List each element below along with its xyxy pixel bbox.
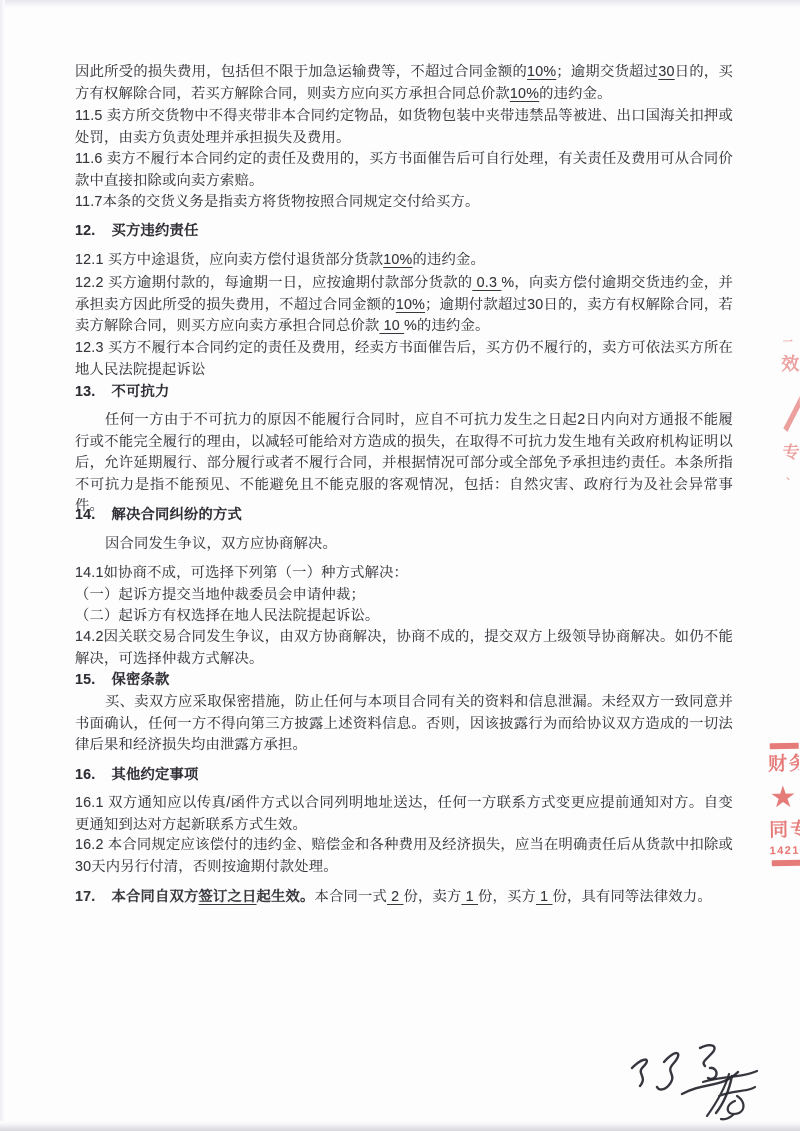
seal-stroke bbox=[781, 384, 800, 432]
scan-edge-bottom bbox=[0, 1121, 800, 1131]
text-segment: 12.3 买方不履行本合同约定的责任及费用，经卖方书面催告后，买方仍不履行的，卖… bbox=[75, 340, 733, 378]
text-segment: 12.2 买方逾期付款的，每逾期一日，应按逾期付款部分货款的 bbox=[75, 275, 472, 291]
text-segment: 因此所受的损失费用，包括但不限于加急运输费等，不超过合同金额的 bbox=[75, 64, 527, 80]
seal-character: 效 bbox=[781, 350, 799, 376]
paragraph-p116: 11.6 卖方不履行本合同约定的责任及费用的，买方书面催告后可自行处理，有关责任… bbox=[75, 149, 733, 192]
text-segment: 11.6 卖方不履行本合同约定的责任及费用的，买方书面催告后可自行处理，有关责任… bbox=[75, 151, 733, 189]
text-segment: 2 bbox=[387, 889, 404, 905]
text-segment: 买方违约责任 bbox=[111, 223, 198, 239]
text-segment: 份，卖方 bbox=[403, 889, 461, 905]
paragraph-p161: 16.1 双方通知应以传真/函件方式以合同列明地址送达，任何一方联系方式变更应提… bbox=[75, 793, 733, 836]
text-segment: 11.5 卖方所交货物中不得夹带非本合同约定物品，如货物包装中夹带违禁品等被进、… bbox=[75, 108, 733, 146]
seal-number: 1421 bbox=[769, 843, 800, 858]
paragraph-h15: 15.保密条款 bbox=[75, 670, 733, 692]
star-icon: ★ bbox=[769, 777, 800, 818]
scanned-contract-page: 因此所受的损失费用，包括但不限于加急运输费等，不超过合同金额的10%；逾期交货超… bbox=[0, 0, 800, 1131]
text-segment: ；逾期交货超过 bbox=[556, 64, 658, 80]
text-segment: 14.2因关联交易合同发生争议，由双方协商解决，协商不成的，提交双方上级领导协商… bbox=[75, 629, 733, 667]
text-segment: 12.1 买方中途退货，应向卖方偿付退货部分货款 bbox=[75, 252, 383, 268]
paragraph-p123: 12.3 买方不履行本合同约定的责任及费用，经卖方书面催告后，买方仍不履行的，卖… bbox=[75, 338, 733, 381]
seal-row-top: 财务 bbox=[768, 751, 800, 778]
text-segment: 10 bbox=[379, 318, 404, 334]
paragraph-h14: 14.解决合同纠纷的方式 bbox=[75, 505, 733, 527]
text-segment: 解决合同纠纷的方式 bbox=[111, 507, 241, 523]
text-segment: 不可抗力 bbox=[111, 384, 169, 400]
text-segment: 13. bbox=[75, 384, 95, 400]
seal-border bbox=[770, 742, 800, 749]
text-segment: 本合同自双方 bbox=[111, 889, 198, 905]
text-segment: 15. bbox=[75, 672, 95, 688]
text-segment: 起生效。 bbox=[256, 889, 314, 905]
text-segment: 14. bbox=[75, 507, 95, 523]
text-segment: 的违约金。 bbox=[412, 252, 484, 268]
seal-mark: 、 bbox=[786, 467, 800, 482]
seal-character: 专 bbox=[783, 438, 800, 463]
text-segment: 12. bbox=[75, 223, 95, 239]
text-segment: 本合同一式 bbox=[314, 889, 386, 905]
text-segment: （一）起诉方提交当地仲裁委员会申请仲裁； bbox=[75, 587, 365, 603]
red-seal-fragment-upper: 一 效 专 、 bbox=[780, 333, 800, 483]
seal-row-bottom: 同专 bbox=[769, 817, 800, 844]
seal-mark: 一 bbox=[783, 333, 799, 348]
paragraph-p17: 17.本合同自双方签订之日起生效。本合同一式 2 份，卖方 1 份，买方 1 份… bbox=[75, 887, 733, 909]
paragraph-p15: 买、卖双方应采取保密措施，防止任何与本项目合同有关的资料和信息泄漏。未经双方一致… bbox=[75, 692, 733, 757]
text-segment: 签订之日 bbox=[198, 889, 256, 905]
text-segment: 0.3 bbox=[472, 275, 501, 291]
text-segment: 10% bbox=[396, 297, 425, 313]
text-segment: 因合同发生争议，双方应协商解决。 bbox=[105, 536, 337, 552]
seal-border bbox=[772, 859, 800, 866]
text-segment: %的违约金。 bbox=[404, 318, 489, 334]
paragraph-p121: 12.1 买方中途退货，应向卖方偿付退货部分货款10%的违约金。 bbox=[75, 250, 733, 272]
text-segment: 14.1如协商不成，可选择下列第（一）种方式解决： bbox=[75, 565, 408, 581]
scan-edge-left bbox=[0, 0, 5, 1131]
text-segment: 16.1 双方通知应以传真/函件方式以合同列明地址送达，任何一方联系方式变更应提… bbox=[75, 795, 733, 833]
text-segment: 10% bbox=[527, 64, 556, 80]
paragraph-p14c: （二）起诉方有权选择在地人民法院提起诉讼。 bbox=[75, 606, 733, 628]
text-segment: 11.7本条的交货义务是指卖方将货物按照合同规定交付给买方。 bbox=[75, 194, 479, 210]
paragraph-p14b: （一）起诉方提交当地仲裁委员会申请仲裁； bbox=[75, 585, 733, 607]
seal-content: 财务 ★ 同专 1421 bbox=[768, 742, 800, 866]
paragraph-h12: 12.买方违约责任 bbox=[75, 221, 733, 243]
text-segment: 30 bbox=[658, 64, 674, 80]
paragraph-h13: 13.不可抗力 bbox=[75, 382, 733, 404]
text-segment: 保密条款 bbox=[111, 672, 169, 688]
paragraph-p13: 任何一方由于不可抗力的原因不能履行合同时，应自不可抗力发生之日起2日内向对方通报… bbox=[75, 410, 733, 518]
text-segment: 份，具有同等法律效力。 bbox=[552, 889, 711, 905]
paragraph-h16: 16.其他约定事项 bbox=[75, 765, 733, 787]
text-segment: 10% bbox=[383, 252, 412, 268]
paragraph-p122: 12.2 买方逾期付款的，每逾期一日，应按逾期付款部分货款的 0.3 %，向卖方… bbox=[75, 273, 733, 338]
paragraph-p162: 16.2 本合同规定应该偿付的违约金、赔偿金和各种费用及经济损失，应当在明确责任… bbox=[75, 835, 733, 878]
text-segment: （二）起诉方有权选择在地人民法院提起诉讼。 bbox=[75, 608, 379, 624]
paragraph-p115: 11.5 卖方所交货物中不得夹带非本合同约定物品，如货物包装中夹带违禁品等被进、… bbox=[75, 106, 733, 149]
text-segment: 17. bbox=[75, 889, 95, 905]
text-segment: 16. bbox=[75, 767, 95, 783]
text-segment: 任何一方由于不可抗力的原因不能履行合同时，应自不可抗力发生之日起2日内向对方通报… bbox=[75, 412, 733, 514]
text-segment: 买、卖双方应采取保密措施，防止任何与本项目合同有关的资料和信息泄漏。未经双方一致… bbox=[75, 694, 733, 753]
text-segment: 10% bbox=[510, 86, 539, 102]
paragraph-p141: 14.1如协商不成，可选择下列第（一）种方式解决： bbox=[75, 563, 733, 585]
text-segment: 1 bbox=[461, 889, 478, 905]
paragraph-p14a: 因合同发生争议，双方应协商解决。 bbox=[75, 534, 733, 556]
text-segment: 其他约定事项 bbox=[111, 767, 198, 783]
text-segment: 1 bbox=[536, 889, 553, 905]
handwritten-signature-character bbox=[697, 1066, 769, 1124]
paragraph-p142: 14.2因关联交易合同发生争议，由双方协商解决，协商不成的，提交双方上级领导协商… bbox=[75, 627, 733, 670]
scan-edge-top bbox=[0, 0, 800, 7]
paragraph-p1: 因此所受的损失费用，包括但不限于加急运输费等，不超过合同金额的10%；逾期交货超… bbox=[75, 62, 733, 105]
text-segment: 的违约金。 bbox=[539, 86, 611, 102]
text-segment: 16.2 本合同规定应该偿付的违约金、赔偿金和各种费用及经济损失，应当在明确责任… bbox=[75, 837, 733, 875]
text-segment: 份，买方 bbox=[478, 889, 536, 905]
red-seal-fragment-lower: 财务 ★ 同专 1421 bbox=[768, 741, 800, 902]
paragraph-p117: 11.7本条的交货义务是指卖方将货物按照合同规定交付给买方。 bbox=[75, 192, 733, 214]
